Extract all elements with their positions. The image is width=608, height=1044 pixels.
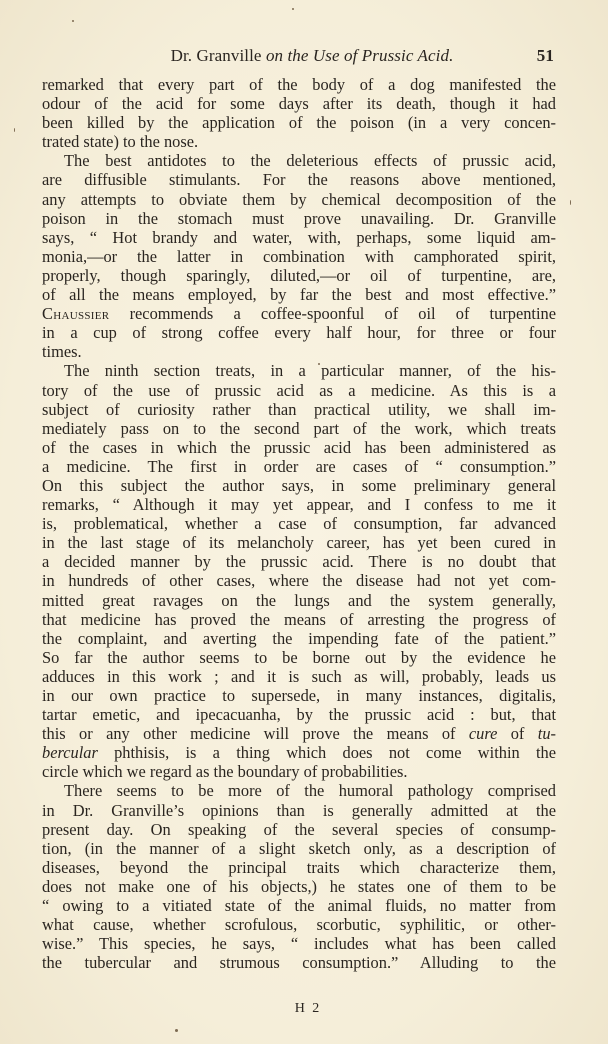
text-line: of the cases in which the prussic acid h… xyxy=(42,438,556,457)
text-line: in our own practice to supersede, in man… xyxy=(42,686,556,705)
text-line: On this subject the author says, in some… xyxy=(42,476,556,495)
text-line: “ owing to a vitiated state of the anima… xyxy=(42,896,556,915)
paper-speck xyxy=(72,20,74,22)
italic-emphasis: cure xyxy=(469,724,498,743)
running-head-title-italic: on the Use of Prussic Acid. xyxy=(266,46,453,65)
text-line: been killed by the application of the po… xyxy=(42,113,556,132)
paper-speck xyxy=(318,363,320,365)
text-line: bercular phthisis, is a thing which does… xyxy=(42,743,556,762)
running-head-author: Dr. Granville xyxy=(171,46,266,65)
text-line: So far the author seems to be borne out … xyxy=(42,648,556,667)
text-line: remarks, “ Although it may yet appear, a… xyxy=(42,495,556,514)
text-line: tory of the use of prussic acid as a med… xyxy=(42,381,556,400)
text-line: Chaussier recommends a coffee-spoonful o… xyxy=(42,304,556,323)
text-line: any attempts to obviate them by chemical… xyxy=(42,190,556,209)
text-line: says, “ Hot brandy and water, with, perh… xyxy=(42,228,556,247)
running-head: Dr. Granville on the Use of Prussic Acid… xyxy=(42,46,554,68)
text-line: a decided manner by the prussic acid. Th… xyxy=(42,552,556,571)
text-line: of all the means employed, by far the be… xyxy=(42,285,556,304)
text-line: remarked that every part of the body of … xyxy=(42,75,556,94)
text-line: present day. On speaking of the several … xyxy=(42,820,556,839)
text-line: tartar emetic, and ipecacuanha, by the p… xyxy=(42,705,556,724)
page-number: 51 xyxy=(537,46,554,66)
text-line: the tubercular and strumous consumption.… xyxy=(42,953,556,972)
text-line: is, problematical, whether a case of con… xyxy=(42,514,556,533)
text-line: tion, (in the manner of a slight sketch … xyxy=(42,839,556,858)
text-line: this or any other medicine will prove th… xyxy=(42,724,556,743)
text-line: subject of curiosity rather than practic… xyxy=(42,400,556,419)
text-line: poison in the stomach must prove unavail… xyxy=(42,209,556,228)
text-line: trated state) to the nose. xyxy=(42,132,556,151)
signature-mark: H 2 xyxy=(0,1001,608,1017)
running-head-title: Dr. Granville on the Use of Prussic Acid… xyxy=(42,46,554,66)
text-line: wise.” This species, he says, “ includes… xyxy=(42,934,556,953)
text-line: are diffusible stimulants. For the reaso… xyxy=(42,170,556,189)
text-line: mitted great ravages on the lungs and th… xyxy=(42,591,556,610)
text-line: times. xyxy=(42,342,556,361)
text-line: does not make one of his objects,) he st… xyxy=(42,877,556,896)
text-line: adduces in this work ; and it is such as… xyxy=(42,667,556,686)
text-line: The ninth section treats, in a particula… xyxy=(42,361,556,380)
text-line: the complaint, and averting the impendin… xyxy=(42,629,556,648)
text-line: what cause, whether scrofulous, scorbuti… xyxy=(42,915,556,934)
book-page: Dr. Granville on the Use of Prussic Acid… xyxy=(0,0,608,1044)
paper-speck xyxy=(14,128,15,132)
text-line: a medicine. The first in order are cases… xyxy=(42,457,556,476)
text-line: There seems to be more of the humoral pa… xyxy=(42,781,556,800)
text-line: circle which we regard as the boundary o… xyxy=(42,762,556,781)
paper-speck xyxy=(175,1029,178,1032)
text-line: mediately pass on to the second part of … xyxy=(42,419,556,438)
proper-name-smallcaps: Chaussier xyxy=(42,304,109,323)
text-line: that medicine has proved the means of ar… xyxy=(42,610,556,629)
paper-speck xyxy=(570,200,571,205)
italic-emphasis: tu- xyxy=(538,724,556,743)
text-line: properly, though sparingly, diluted,—or … xyxy=(42,266,556,285)
text-line: in hundreds of other cases, where the di… xyxy=(42,571,556,590)
text-line: in the last stage of its melancholy care… xyxy=(42,533,556,552)
italic-emphasis: bercular xyxy=(42,743,98,762)
text-line: The best antidotes to the deleterious ef… xyxy=(42,151,556,170)
text-line: monia,—or the latter in combination with… xyxy=(42,247,556,266)
body-text: remarked that every part of the body of … xyxy=(42,75,556,972)
text-line: odour of the acid for some days after it… xyxy=(42,94,556,113)
text-line: in a cup of strong coffee every half hou… xyxy=(42,323,556,342)
text-line: in Dr. Granville’s opinions than is gene… xyxy=(42,801,556,820)
paper-speck xyxy=(292,8,294,10)
text-line: diseases, beyond the principal traits wh… xyxy=(42,858,556,877)
